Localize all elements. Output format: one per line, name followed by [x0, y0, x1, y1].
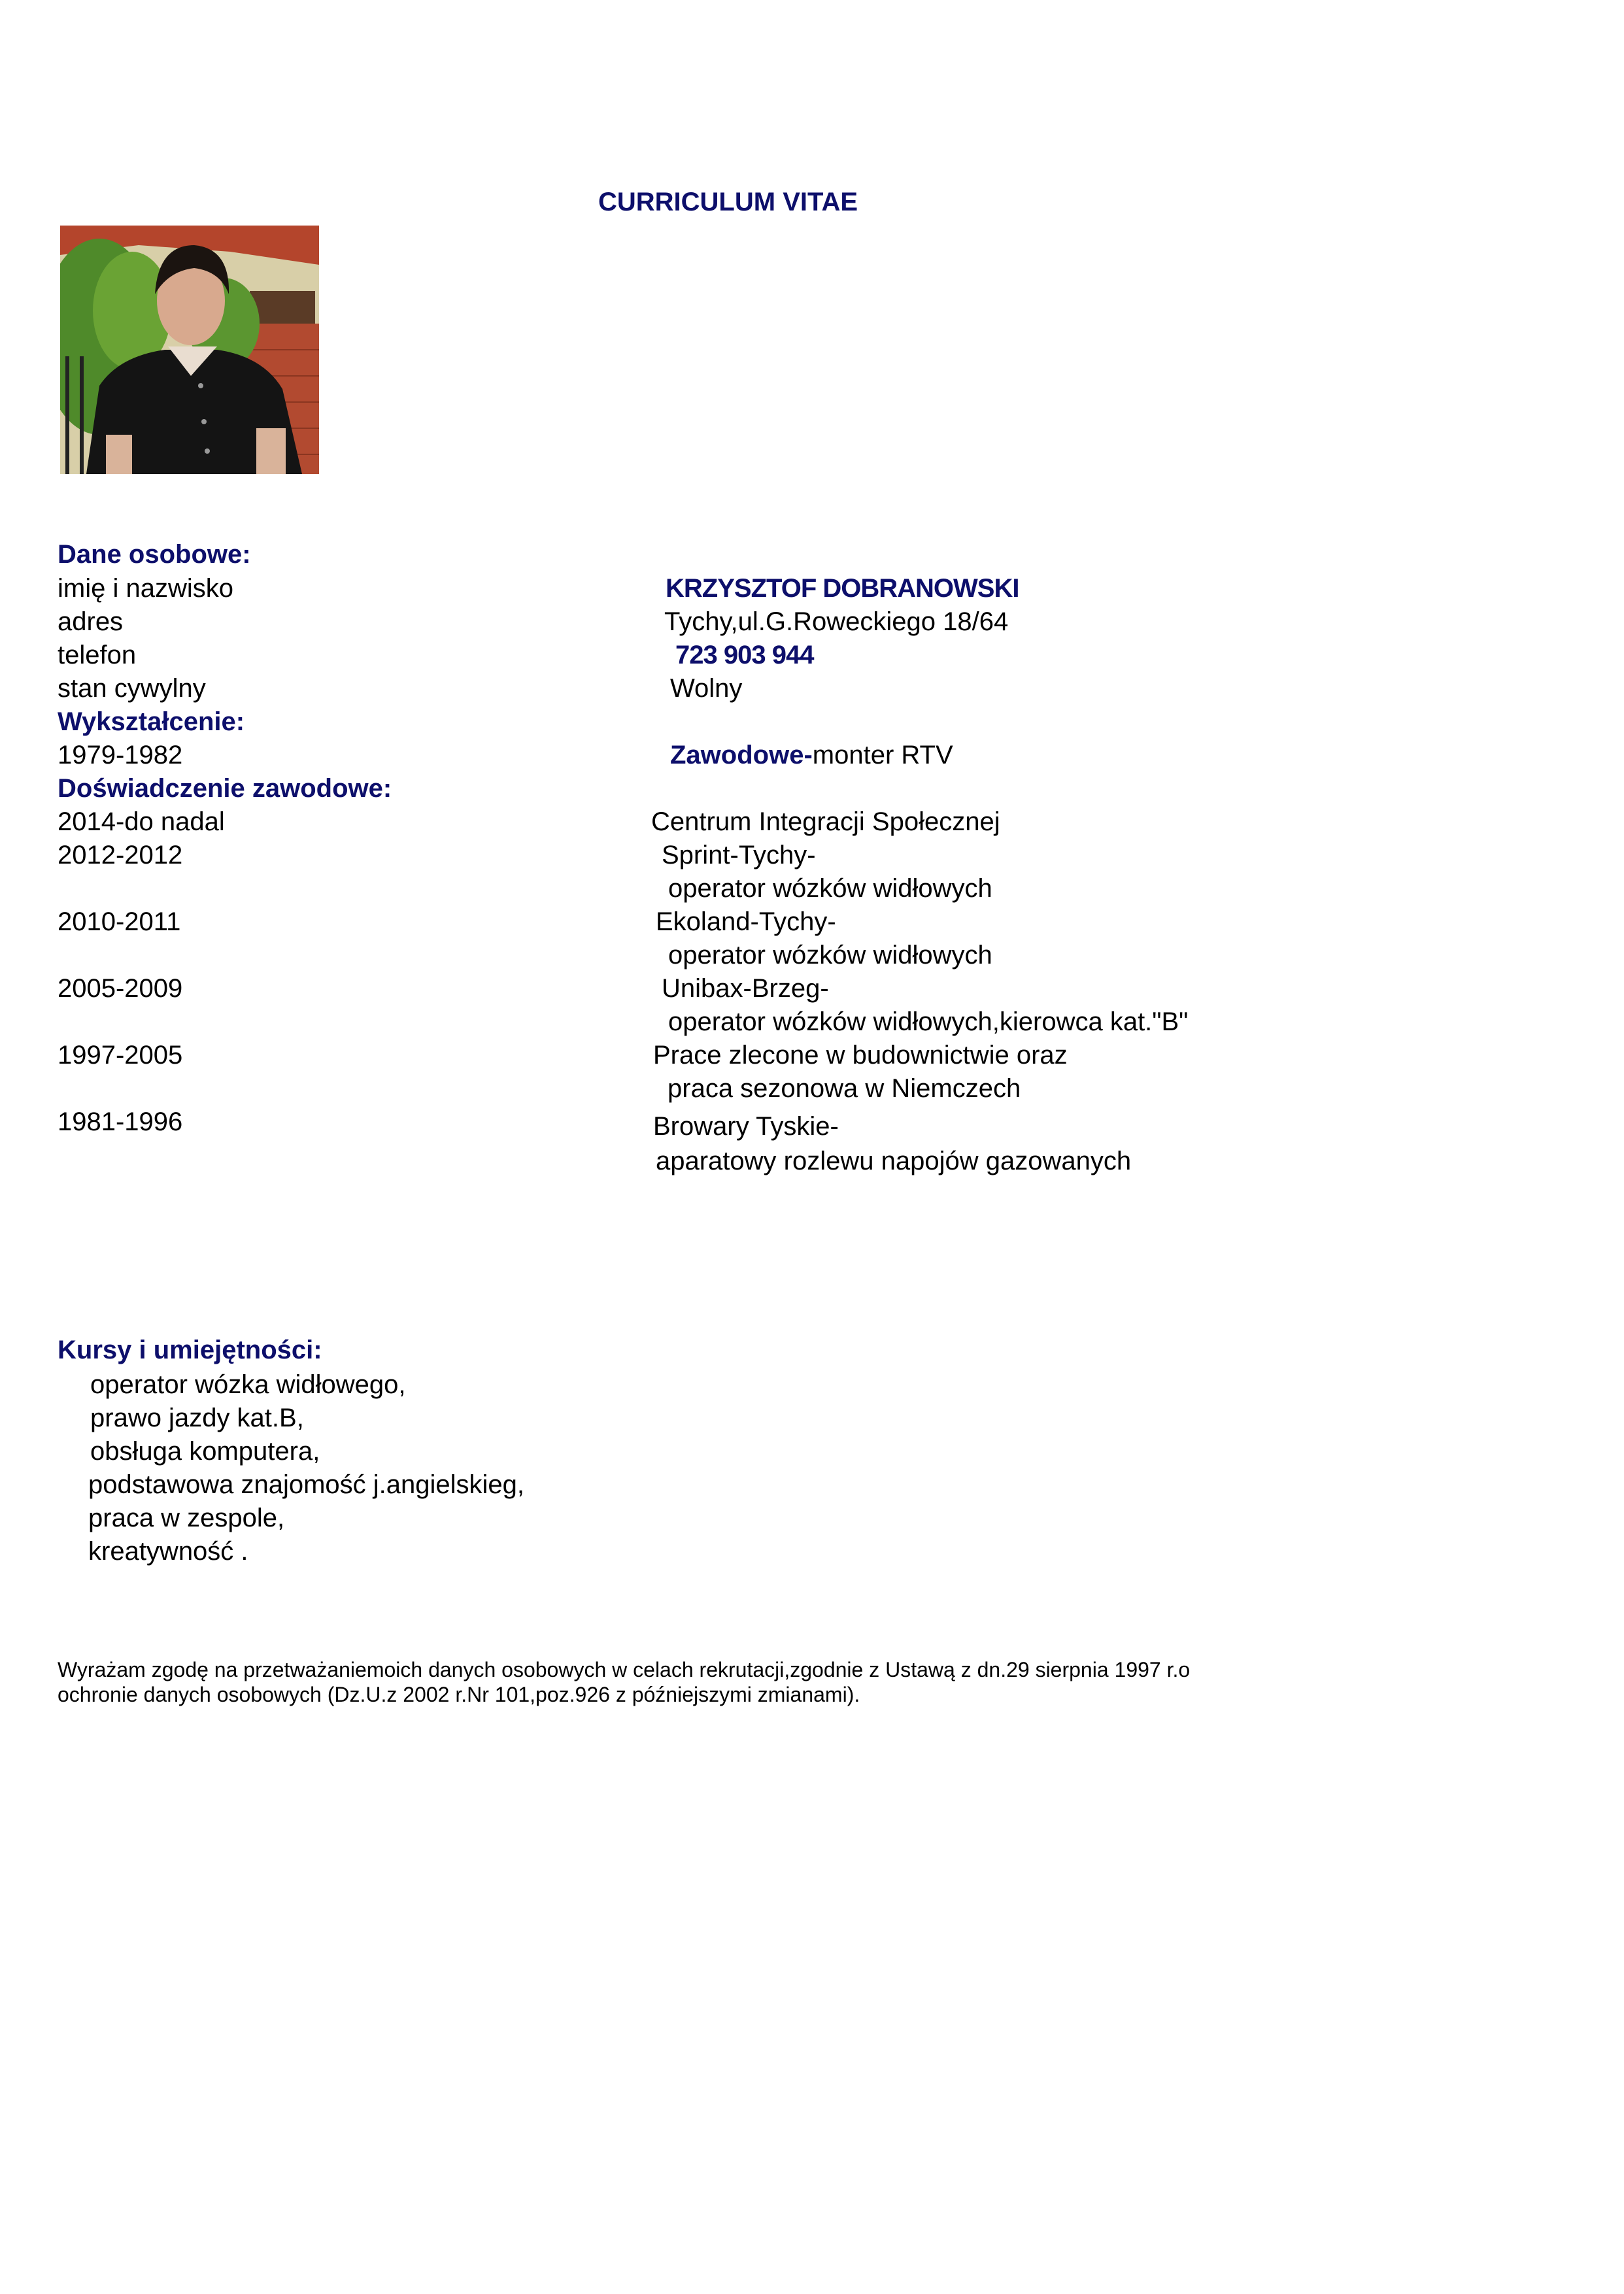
experience-period: 2010-2011	[58, 907, 180, 937]
full-name-value: KRZYSZTOF DOBRANOWSKI	[666, 574, 1019, 603]
education-type: Zawodowe-	[670, 741, 813, 769]
experience-period: 1997-2005	[58, 1041, 182, 1070]
skill-item: praca w zespole,	[88, 1504, 284, 1533]
skills-heading: Kursy i umiejętności:	[58, 1336, 322, 1365]
marital-status-value: Wolny	[670, 674, 742, 703]
experience-period: 1981-1996	[58, 1107, 182, 1137]
experience-employer: Browary Tyskie-	[653, 1112, 839, 1141]
portrait-image	[60, 226, 319, 474]
experience-period: 2014-do nadal	[58, 807, 225, 837]
experience-role: operator wózków widłowych,kierowca kat."…	[668, 1007, 1188, 1037]
experience-employer: Unibax-Brzeg-	[662, 974, 829, 1004]
address-value: Tychy,ul.G.Roweckiego 18/64	[664, 607, 1008, 637]
experience-employer: Ekoland-Tychy-	[656, 907, 836, 937]
education-profession: monter RTV	[813, 741, 953, 769]
skill-item: obsługa komputera,	[90, 1437, 320, 1466]
experience-employer: Sprint-Tychy-	[662, 841, 816, 870]
experience-role: operator wózków widłowych	[668, 941, 992, 970]
phone-value: 723 903 944	[675, 641, 813, 670]
consent-clause-line1: Wyrażam zgodę na przetważaniemoich danyc…	[58, 1658, 1574, 1682]
skill-item: podstawowa znajomość j.angielskieg,	[88, 1470, 524, 1500]
experience-employer: Prace zlecone w budownictwie oraz	[653, 1041, 1068, 1070]
document-title: CURRICULUM VITAE	[598, 188, 858, 217]
experience-role: aparatowy rozlewu napojów gazowanych	[656, 1147, 1131, 1176]
name-label: imię i nazwisko	[58, 574, 233, 603]
personal-data-heading: Dane osobowe:	[58, 540, 251, 569]
skill-item: prawo jazdy kat.B,	[90, 1404, 304, 1433]
experience-role: operator wózków widłowych	[668, 874, 992, 903]
experience-employer: Centrum Integracji Społecznej	[651, 807, 1000, 837]
skill-item: kreatywność .	[88, 1537, 248, 1566]
address-label: adres	[58, 607, 123, 637]
portrait-photo	[60, 226, 319, 474]
consent-clause-line2: ochronie danych osobowych (Dz.U.z 2002 r…	[58, 1683, 1574, 1707]
experience-heading: Doświadczenie zawodowe:	[58, 774, 392, 803]
education-period: 1979-1982	[58, 741, 182, 770]
education-value: Zawodowe-monter RTV	[670, 741, 953, 770]
phone-label: telefon	[58, 641, 136, 670]
skill-item: operator wózka widłowego,	[90, 1370, 405, 1400]
marital-status-label: stan cywylny	[58, 674, 206, 703]
education-heading: Wykształcenie:	[58, 707, 245, 737]
experience-period: 2005-2009	[58, 974, 182, 1004]
experience-period: 2012-2012	[58, 841, 182, 870]
experience-role: praca sezonowa w Niemczech	[668, 1074, 1021, 1104]
